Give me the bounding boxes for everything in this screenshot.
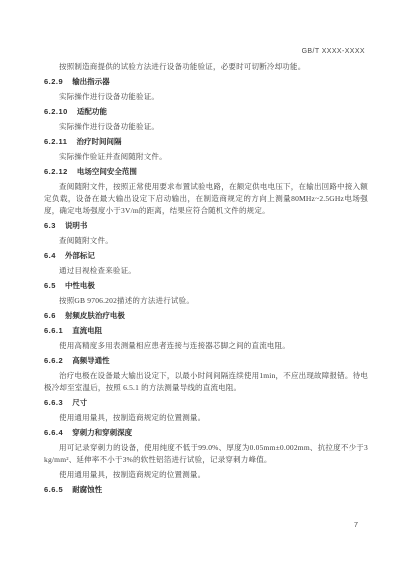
section-heading: 6.6.1直流电阻 xyxy=(44,325,368,337)
paragraph: 实际操作进行设备功能验证。 xyxy=(44,91,368,103)
section-number: 6.6.1 xyxy=(44,325,63,337)
section-number: 6.5 xyxy=(44,280,56,292)
page-number: 7 xyxy=(354,520,358,529)
section-title: 耐腐蚀性 xyxy=(72,485,102,494)
paragraph: 使用通用量具，按制造商规定的位置测量。 xyxy=(44,412,368,424)
section-heading: 6.3说明书 xyxy=(44,220,368,232)
section-title: 直流电阻 xyxy=(72,326,102,335)
section-number: 6.2.12 xyxy=(44,166,68,178)
section-number: 6.2.9 xyxy=(44,76,63,88)
section-title: 尺寸 xyxy=(72,398,87,407)
section-heading: 6.6.5耐腐蚀性 xyxy=(44,484,368,496)
section-title: 外部标记 xyxy=(65,251,95,260)
section-heading: 6.2.11治疗时间间隔 xyxy=(44,136,368,148)
section-title: 治疗时间间隔 xyxy=(76,137,121,146)
paragraph: 使用高精度多用表测量相应患者连接与连接器芯脚之间的直流电阻。 xyxy=(44,340,368,352)
section-number: 6.6 xyxy=(44,310,56,322)
paragraph: 治疗电极在设备最大输出设定下，以最小时间间隔连续使用1min，不应出现故障报错。… xyxy=(44,370,368,394)
paragraph: 通过目视检查来验证。 xyxy=(44,265,368,277)
section-heading: 6.6.3尺寸 xyxy=(44,397,368,409)
section-title: 射频皮肤治疗电极 xyxy=(65,311,125,320)
section-number: 6.6.2 xyxy=(44,355,63,367)
section-number: 6.4 xyxy=(44,250,56,262)
section-title: 穿刺力和穿刺深度 xyxy=(72,428,132,437)
paragraph: 查阅随附文件。 xyxy=(44,235,368,247)
section-title: 适配功能 xyxy=(77,107,107,116)
paragraph: 用可记录穿刺力的设备，使用纯度不低于99.0%、厚度为0.05mm±0.002m… xyxy=(44,442,368,466)
section-number: 6.6.3 xyxy=(44,397,63,409)
paragraph: 按照制造商提供的试验方法进行设备功能验证，必要时可切断冷却功能。 xyxy=(44,61,368,73)
paragraph: 查阅随附文件，按照正常使用要求布置试验电路，在额定供电电压下，在输出回路中接入额… xyxy=(44,181,368,217)
section-number: 6.3 xyxy=(44,220,56,232)
section-title: 说明书 xyxy=(65,221,88,230)
document-page: GB/T XXXX-XXXX 按照制造商提供的试验方法进行设备功能验证，必要时可… xyxy=(0,0,400,565)
section-heading: 6.6.2高频导通性 xyxy=(44,355,368,367)
section-heading: 6.6射频皮肤治疗电极 xyxy=(44,310,368,322)
section-heading: 6.2.9输出指示器 xyxy=(44,76,368,88)
section-heading: 6.2.12电场空间安全范围 xyxy=(44,166,368,178)
paragraph: 按照GB 9706.202描述的方法进行试验。 xyxy=(44,295,368,307)
section-title: 高频导通性 xyxy=(72,356,110,365)
section-heading: 6.4外部标记 xyxy=(44,250,368,262)
paragraph: 实际操作验证并查阅随附文件。 xyxy=(44,151,368,163)
paragraph: 使用通用量具，按制造商规定的位置测量。 xyxy=(44,469,368,481)
section-title: 电场空间安全范围 xyxy=(77,167,137,176)
section-heading: 6.5中性电极 xyxy=(44,280,368,292)
section-number: 6.6.5 xyxy=(44,484,63,496)
document-body: 按照制造商提供的试验方法进行设备功能验证，必要时可切断冷却功能。6.2.9输出指… xyxy=(44,61,368,499)
standard-number-header: GB/T XXXX-XXXX xyxy=(302,48,365,55)
section-number: 6.6.4 xyxy=(44,427,63,439)
section-heading: 6.6.4穿刺力和穿刺深度 xyxy=(44,427,368,439)
paragraph: 实际操作进行设备功能验证。 xyxy=(44,121,368,133)
section-number: 6.2.11 xyxy=(44,136,67,148)
section-title: 中性电极 xyxy=(65,281,95,290)
section-title: 输出指示器 xyxy=(72,77,110,86)
section-number: 6.2.10 xyxy=(44,106,68,118)
section-heading: 6.2.10适配功能 xyxy=(44,106,368,118)
